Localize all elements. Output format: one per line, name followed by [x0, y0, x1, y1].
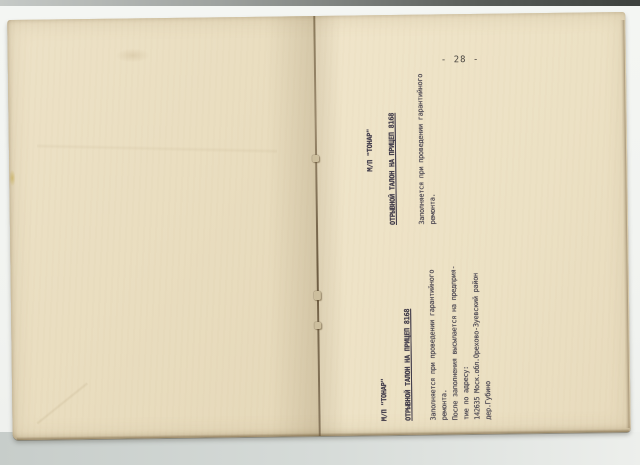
coupon-title: ОТРЫВНОЙ ТАЛОН НА ПРИЦЕП 8168 [402, 267, 415, 421]
open-booklet: - 28 - М/П "ТОНАР" ОТРЫВНОЙ ТАЛОН НА ПРИ… [7, 12, 630, 440]
coupon-body-line: Заполняется при проведении гарантийного [415, 75, 428, 225]
page-number: - 28 - [441, 55, 480, 66]
coupon-body-line: ремонта. [426, 74, 439, 224]
scanned-booklet-spread: - 28 - М/П "ТОНАР" ОТРЫВНОЙ ТАЛОН НА ПРИ… [0, 0, 640, 465]
coupon-org-name: М/П "ТОНАР" [364, 75, 377, 225]
tear-off-coupon-top: М/П "ТОНАР" ОТРЫВНОЙ ТАЛОН НА ПРИЦЕП 816… [364, 74, 440, 225]
coupon-body-line: дер.Губино [482, 266, 495, 420]
paper-stain-yellow [9, 170, 15, 186]
spine-fold-shadow [265, 16, 318, 437]
binding-stitch [314, 291, 321, 300]
coupon-body-line: 142635 Моск.обл.Орехово-Зуевский район [471, 266, 484, 420]
paper-crease [37, 143, 277, 153]
right-page: - 28 - М/П "ТОНАР" ОТРЫВНОЙ ТАЛОН НА ПРИ… [315, 12, 630, 436]
coupon-org-name: М/П "ТОНАР" [378, 267, 391, 421]
spine-fold-shadow [315, 16, 346, 436]
tear-off-coupon-bottom: М/П "ТОНАР" ОТРЫВНОЙ ТАЛОН НА ПРИЦЕП 816… [378, 266, 495, 421]
paper-stain [116, 48, 150, 62]
coupon-title: ОТРЫВНОЙ ТАЛОН НА ПРИЦЕП 8168 [386, 75, 399, 225]
binding-stitch [312, 155, 319, 162]
binding-stitch [314, 322, 321, 329]
coupon-body-line: После заполнения высылается на предприя- [449, 266, 462, 420]
left-page-blank [7, 16, 318, 440]
page-stack-edge [620, 20, 629, 428]
coupon-body-line: Заполняется при проведении гарантийного [427, 266, 440, 420]
scanner-background-top-band [0, 0, 640, 6]
paper-crease-corner [36, 382, 88, 425]
